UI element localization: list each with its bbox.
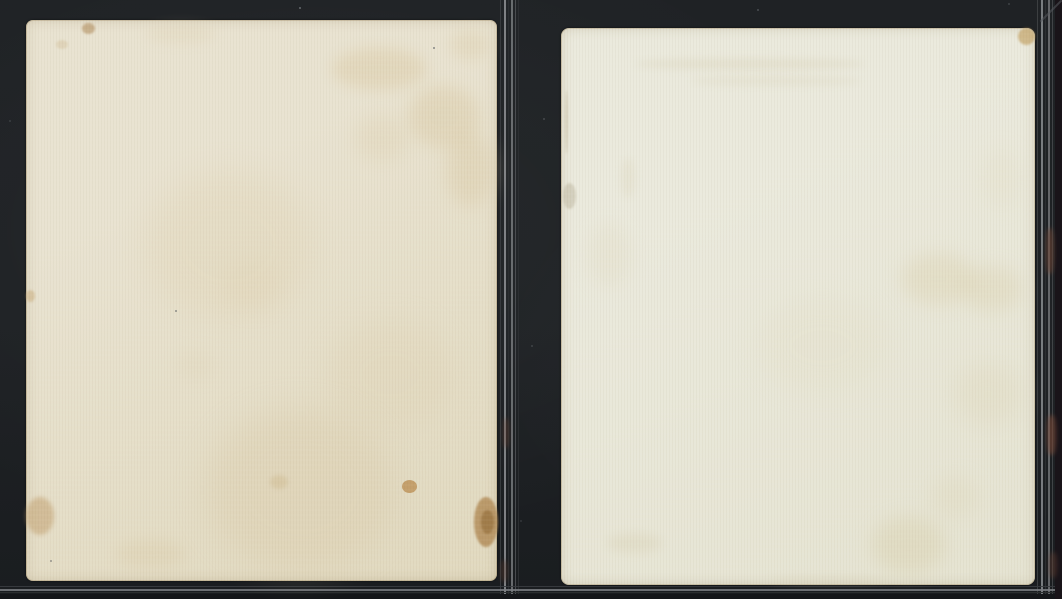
dust-speck [543, 118, 545, 120]
rust-mark [503, 418, 509, 448]
holder-edge-line [1052, 0, 1053, 599]
holder-edge-line [1041, 0, 1043, 599]
holder-edge-line [511, 0, 513, 599]
dust-speck [531, 345, 533, 347]
dust-speck [1008, 3, 1010, 5]
stain-mark [769, 576, 889, 584]
stain-mark [402, 480, 417, 493]
stain-mark [26, 290, 35, 302]
holder-right-strip [1055, 0, 1062, 599]
dust-speck [299, 7, 301, 9]
stain-mark [116, 540, 186, 568]
stain-mark [481, 510, 494, 534]
holder-edge-line [1037, 0, 1038, 599]
holder-edge-line [0, 589, 1062, 591]
stain-mark [563, 183, 576, 209]
stain-mark [901, 253, 976, 305]
stain-mark [953, 363, 1023, 425]
stain-mark [621, 158, 635, 198]
holder-edge-line [518, 0, 519, 599]
stain-mark [408, 86, 480, 148]
stain-mark [929, 476, 981, 518]
stain-mark [565, 90, 568, 154]
stain-mark [326, 320, 456, 430]
stain-mark [450, 30, 490, 60]
dust-speck [9, 120, 11, 122]
holder-edge-line [500, 0, 501, 599]
card-back-left [26, 20, 497, 581]
holder-edge-line [1048, 0, 1050, 599]
rust-mark [1046, 228, 1054, 274]
stain-mark [587, 223, 631, 287]
holder-edge-line [0, 592, 1062, 593]
stain-mark [961, 266, 1023, 312]
stain-mark [206, 410, 396, 570]
holder-edge-line [0, 594, 1062, 599]
stain-mark [446, 132, 494, 207]
stain-mark [981, 148, 1021, 208]
stain-mark [146, 25, 216, 43]
rust-mark [500, 560, 508, 582]
stain-mark [270, 475, 288, 489]
dust-speck [520, 520, 522, 522]
holder-edge-line [508, 0, 509, 599]
holder-edge-line [1045, 0, 1046, 599]
holder-edge-line [0, 586, 1062, 587]
stain-mark [691, 76, 861, 86]
stain-mark [144, 170, 314, 320]
card-back-right [561, 28, 1035, 585]
stain-mark [354, 116, 409, 161]
holder-edge-line [504, 0, 506, 599]
stain-mark [635, 58, 865, 70]
photo-two-card-backs [0, 0, 1062, 599]
stain-mark [82, 23, 95, 34]
dust-speck [757, 9, 759, 11]
stain-mark [607, 533, 662, 553]
stain-mark [56, 40, 68, 49]
stain-mark [332, 48, 427, 90]
stain-mark [26, 497, 54, 535]
stain-mark [1018, 28, 1035, 45]
stain-mark [176, 350, 216, 380]
holder-edge-line [515, 0, 516, 599]
stain-mark [757, 298, 887, 393]
stain-mark [474, 497, 498, 547]
stain-mark [222, 260, 282, 310]
stain-mark [871, 516, 946, 574]
